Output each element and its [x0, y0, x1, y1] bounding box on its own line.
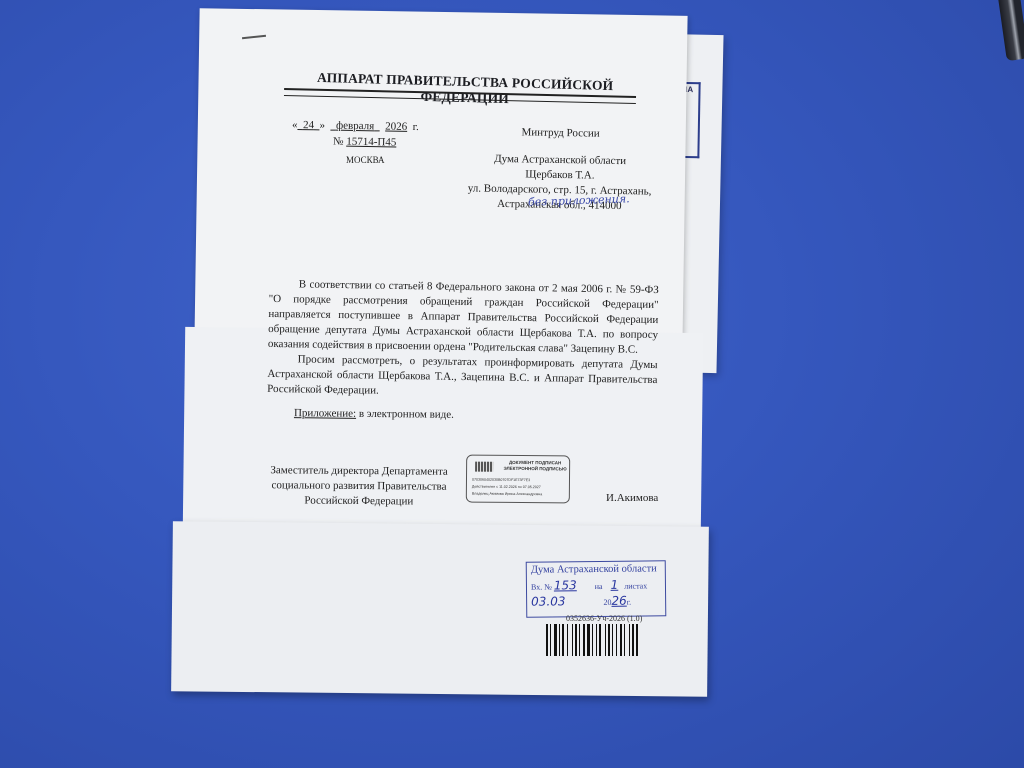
stamp-organization: Дума Астраханской области [531, 563, 657, 575]
attachment-line: Приложение: в электронном виде. [294, 407, 454, 421]
electronic-signature-stamp: ДОКУМЕНТ ПОДПИСАН ЭЛЕКТРОННОЙ ПОДПИСЬЮ 0… [466, 455, 570, 504]
attachment-label: Приложение: [294, 407, 356, 420]
letter-body: В соответствии со статьей 8 Федерального… [267, 277, 659, 403]
esign-title: ДОКУМЕНТ ПОДПИСАН ЭЛЕКТРОННОЙ ПОДПИСЬЮ [503, 460, 567, 473]
stamp-sheets-label: листах [624, 581, 647, 590]
stamp-incoming-number: 153 [554, 578, 577, 592]
date-month: февраля [330, 120, 379, 133]
stamp-incoming-label: Вх. № [531, 582, 552, 591]
government-building-icon [475, 462, 493, 472]
esign-validity: Действителен с 11.02.2026 по 07.05.2027 [472, 485, 541, 490]
esign-certificate: 0703060402030B0707DF1E73F7E3 [472, 478, 530, 483]
reg-number-label: № [333, 135, 344, 147]
stamp-sheets-count: 1 [611, 578, 619, 592]
stamp-year: 26 [611, 594, 626, 608]
stamp-incoming-row: Вх. № 153 на 1 листах [531, 577, 647, 592]
stamp-year-suffix: г. [627, 598, 631, 607]
stamp-date: 03.03 [531, 594, 566, 608]
esign-owner: Владелец Акимова Ирина Александровна [472, 492, 542, 497]
attachment-text: в электронном виде. [356, 408, 454, 421]
signer-title-line: Российской Федерации [264, 493, 454, 510]
date-day: 24 [297, 119, 319, 131]
letter-date: « 24 » февраля 2026 г. [292, 119, 419, 133]
signer-title: Заместитель директора Департамента социа… [264, 463, 454, 510]
stamp-on-label: на [595, 582, 603, 591]
pen [997, 0, 1024, 61]
reg-number-value: 15714-П45 [346, 136, 396, 149]
barcode [546, 624, 664, 656]
barcode-number: 0352636-Уч-2026 (1.0) [566, 614, 642, 623]
city: МОСКВА [346, 155, 385, 165]
body-paragraph: Просим рассмотреть, о результатах проинф… [267, 352, 658, 403]
incoming-registration-stamp: Дума Астраханской области Вх. № 153 на 1… [526, 560, 667, 617]
date-quote-close: » [319, 119, 325, 131]
body-paragraph: В соответствии со статьей 8 Федерального… [268, 277, 659, 358]
registration-number: № 15714-П45 [333, 135, 397, 148]
date-year: 2026 [385, 121, 407, 133]
date-suffix: г. [413, 121, 419, 133]
stamp-date-row: 03.03 2026г. [531, 594, 631, 609]
signer-title-line: Заместитель директора Департамента [264, 463, 454, 480]
signer-name: И.Акимова [606, 492, 658, 504]
signer-title-line: социального развития Правительства [264, 478, 454, 495]
